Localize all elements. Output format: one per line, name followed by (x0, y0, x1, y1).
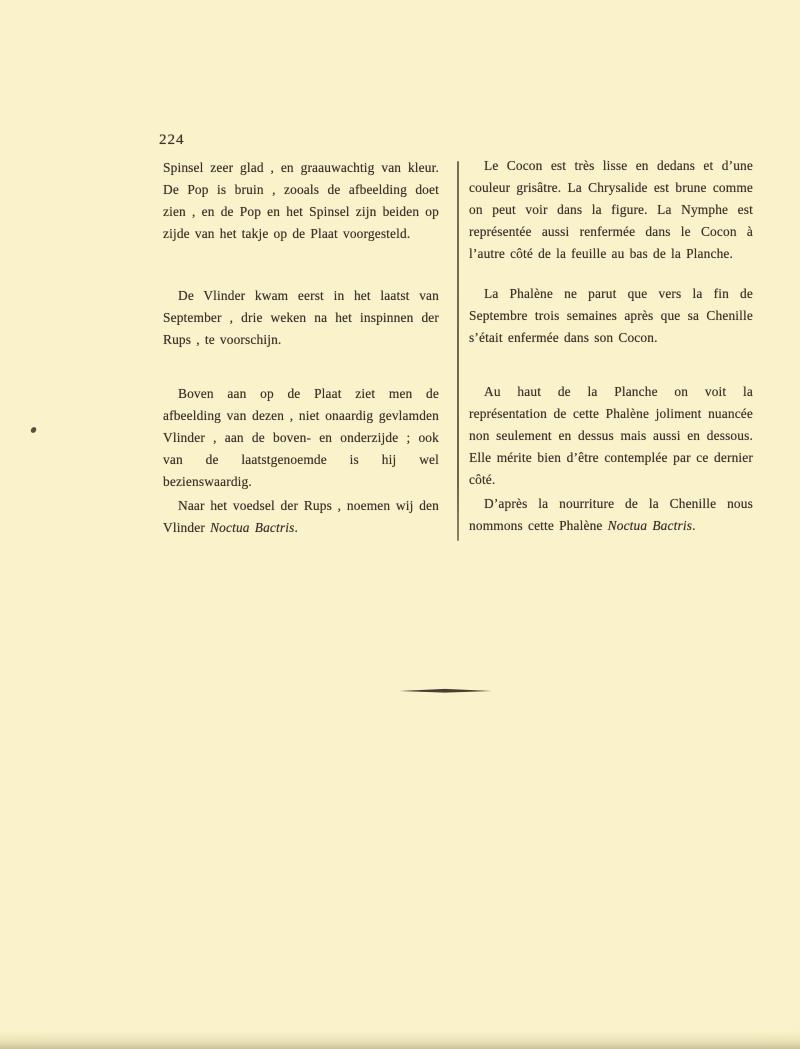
paragraph-dutch-4-lead: Naar het voedsel der Rups , noemen wij d… (163, 498, 439, 535)
page-number: 224 (159, 132, 185, 149)
paragraph-dutch-4: Naar het voedsel der Rups , noemen wij d… (163, 495, 439, 539)
page-bottom-edge-shadow (0, 1031, 800, 1049)
paragraph-dutch-4-tail: . (294, 520, 298, 535)
paragraph-french-4-tail: . (692, 518, 696, 533)
paragraph-french-3: Au haut de la Planche on voit la représe… (469, 381, 753, 491)
paragraph-dutch-3: Boven aan op de Plaat ziet men de afbeel… (163, 383, 439, 493)
section-divider-rule (399, 688, 492, 694)
paragraph-dutch-2: De Vlinder kwam eerst in het laatst van … (163, 285, 439, 351)
column-divider-rule (457, 161, 459, 541)
paragraph-french-1: Le Cocon est très lisse en dedans et d’u… (469, 155, 753, 265)
species-name-italic: Noctua Bactris (210, 520, 294, 535)
book-page-scan: 224 Spinsel zeer glad , en graauwachtig … (0, 0, 800, 1049)
paragraph-dutch-1: Spinsel zeer glad , en graauwachtig van … (163, 157, 439, 245)
paragraph-french-2: La Phalène ne parut que vers la fin de S… (469, 283, 753, 349)
ink-speck (30, 426, 37, 433)
species-name-italic: Noctua Bactris (608, 518, 692, 533)
paragraph-french-4: D’après la nourriture de la Chenille nou… (469, 493, 753, 537)
